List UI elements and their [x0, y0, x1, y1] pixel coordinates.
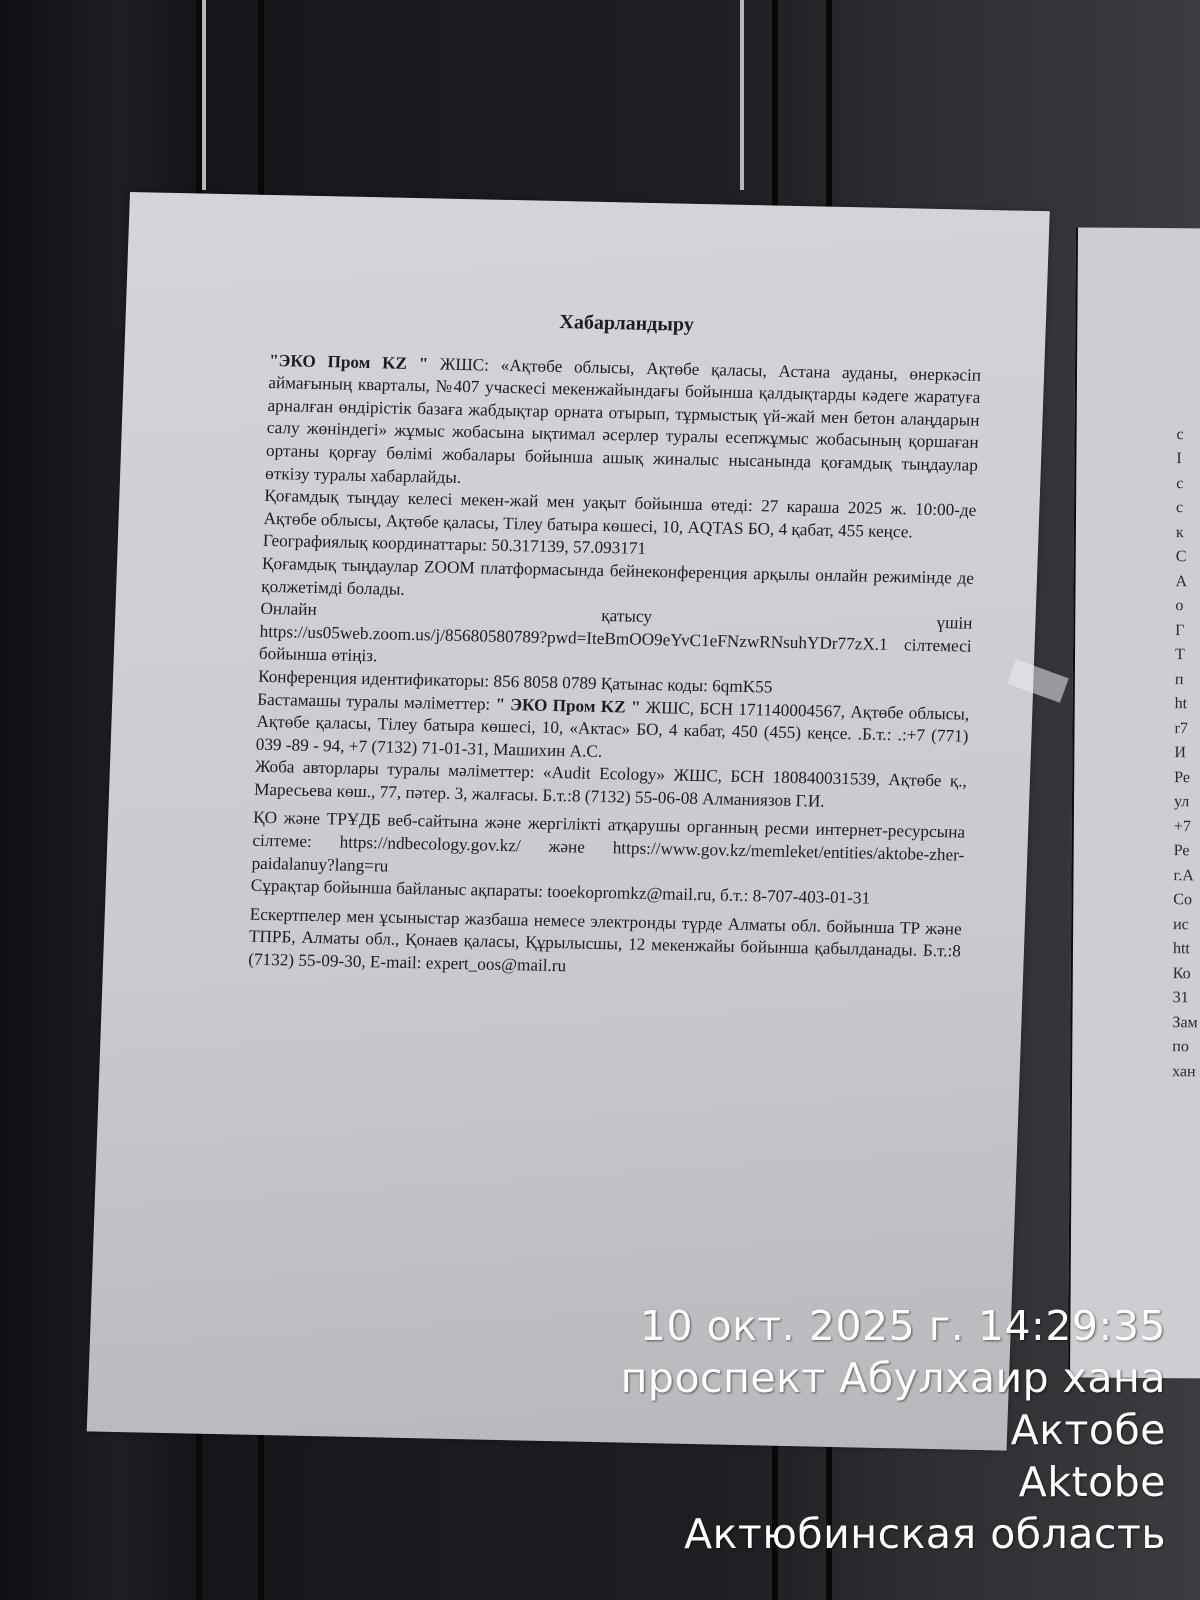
comments-info: Ескертпелер мен ұсыныстар жазбаша немесе… — [248, 904, 962, 987]
adjacent-notice-text: с І с с к С А о Г Т п ht r7 И Ре ул +7 Р… — [1172, 398, 1200, 1084]
wall-rail — [202, 0, 206, 190]
initiator-org: " ЭКО Пром KZ " — [495, 694, 641, 716]
stamp-city-en: Aktobe — [621, 1456, 1166, 1508]
notice-paper: Хабарландыру "ЭКО Пром KZ " ЖШС: «Ақтөбе… — [87, 192, 1050, 1451]
photo-stamp: 10 окт. 2025 г. 14:29:35 проспект Абулха… — [621, 1300, 1166, 1560]
stamp-street: проспект Абулхаир хана — [621, 1352, 1166, 1404]
stamp-region: Актюбинская область — [621, 1508, 1166, 1560]
wall-rail — [740, 0, 744, 190]
notice-title: Хабарландыру — [270, 305, 983, 342]
stamp-datetime: 10 окт. 2025 г. 14:29:35 — [621, 1300, 1166, 1352]
notice-intro: "ЭКО Пром KZ " ЖШС: «Ақтөбе облысы, Ақтө… — [265, 350, 982, 500]
adjacent-notice-paper: с І с с к С А о Г Т п ht r7 И Ре ул +7 Р… — [1068, 227, 1200, 1378]
stamp-city-ru: Актобе — [621, 1404, 1166, 1456]
org-name: "ЭКО Пром KZ " — [269, 351, 429, 373]
notice-document: Хабарландыру "ЭКО Пром KZ " ЖШС: «Ақтөбе… — [248, 305, 983, 986]
